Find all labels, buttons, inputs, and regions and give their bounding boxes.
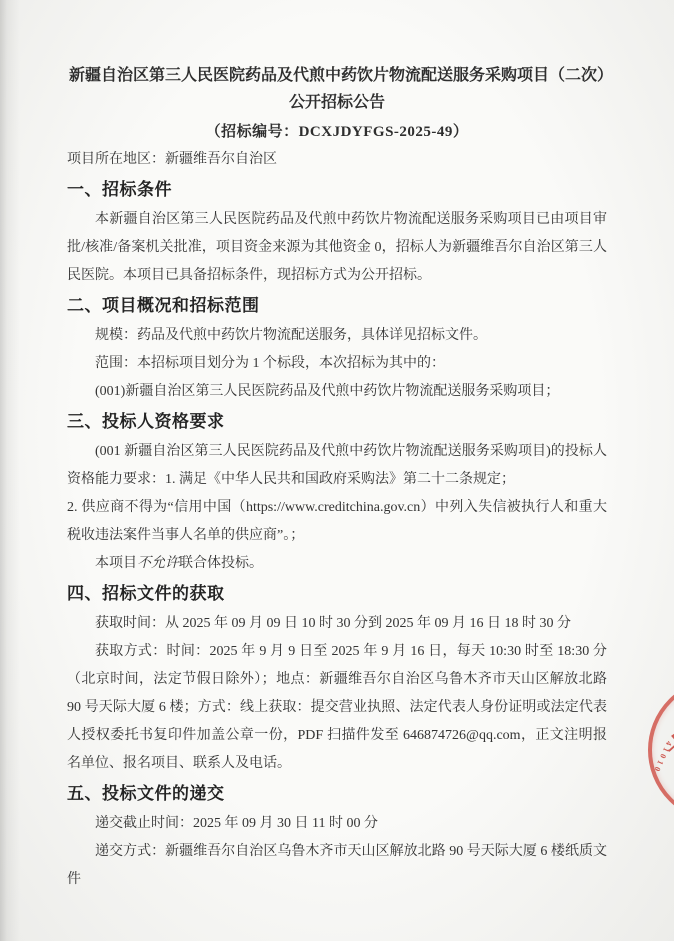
section-heading-bidding-conditions: 一、招标条件 bbox=[67, 176, 607, 204]
section-paragraph: 递交方式：新疆维吾尔自治区乌鲁木齐市天山区解放北路 90 号天际大厦 6 楼纸质… bbox=[67, 838, 607, 894]
joint-venture-note-emphasis: 不允许 bbox=[137, 556, 179, 571]
bid-number-line: （招标编号：DCXJDYFGS-2025-49） bbox=[67, 118, 607, 146]
joint-venture-note-suffix: 联合体投标。 bbox=[179, 556, 263, 571]
joint-venture-note: 本项目不允许联合体投标。 bbox=[67, 550, 607, 578]
section-paragraph: 获取方式：时间：2025 年 9 月 9 日至 2025 年 9 月 16 日，… bbox=[67, 638, 607, 778]
joint-venture-note-prefix: 本项目 bbox=[95, 556, 137, 571]
section-heading-bidder-qualifications: 三、投标人资格要求 bbox=[67, 408, 607, 436]
section-paragraph: 递交截止时间：2025 年 09 月 30 日 11 时 00 分 bbox=[67, 810, 607, 838]
section-paragraph: 规模：药品及代煎中药饮片物流配送服务，具体详见招标文件。 bbox=[67, 322, 607, 350]
seal-digits: 41010 bbox=[651, 740, 673, 776]
section-heading-obtaining-documents: 四、招标文件的获取 bbox=[67, 580, 607, 608]
document-title: 新疆自治区第三人民医院药品及代煎中药饮片物流配送服务采购项目（二次）公开招标公告 bbox=[67, 62, 607, 116]
section-paragraph: 2. 供应商不得为“信用中国（https://www.creditchina.g… bbox=[67, 494, 607, 550]
section-paragraph: 获取时间：从 2025 年 09 月 09 日 10 时 30 分到 2025 … bbox=[67, 610, 607, 638]
section-heading-bid-submission: 五、投标文件的递交 bbox=[67, 780, 607, 808]
red-seal-stamp-icon: 大 成 41010 bbox=[648, 678, 674, 822]
section-paragraph: (001)新疆自治区第三人民医院药品及代煎中药饮片物流配送服务采购项目； bbox=[67, 378, 607, 406]
section-paragraph: (001 新疆自治区第三人民医院药品及代煎中药饮片物流配送服务采购项目)的投标人… bbox=[67, 438, 607, 494]
section-paragraph: 范围：本招标项目划分为 1 个标段，本次招标为其中的： bbox=[67, 350, 607, 378]
announcement-document-page: 新疆自治区第三人民医院药品及代煎中药饮片物流配送服务采购项目（二次）公开招标公告… bbox=[0, 0, 674, 941]
document-content: 新疆自治区第三人民医院药品及代煎中药饮片物流配送服务采购项目（二次）公开招标公告… bbox=[67, 62, 607, 894]
project-location-line: 项目所在地区：新疆维吾尔自治区 bbox=[67, 146, 607, 174]
section-heading-project-overview: 二、项目概况和招标范围 bbox=[67, 292, 607, 320]
section-paragraph: 本新疆自治区第三人民医院药品及代煎中药饮片物流配送服务采购项目已由项目审批/核准… bbox=[67, 206, 607, 290]
